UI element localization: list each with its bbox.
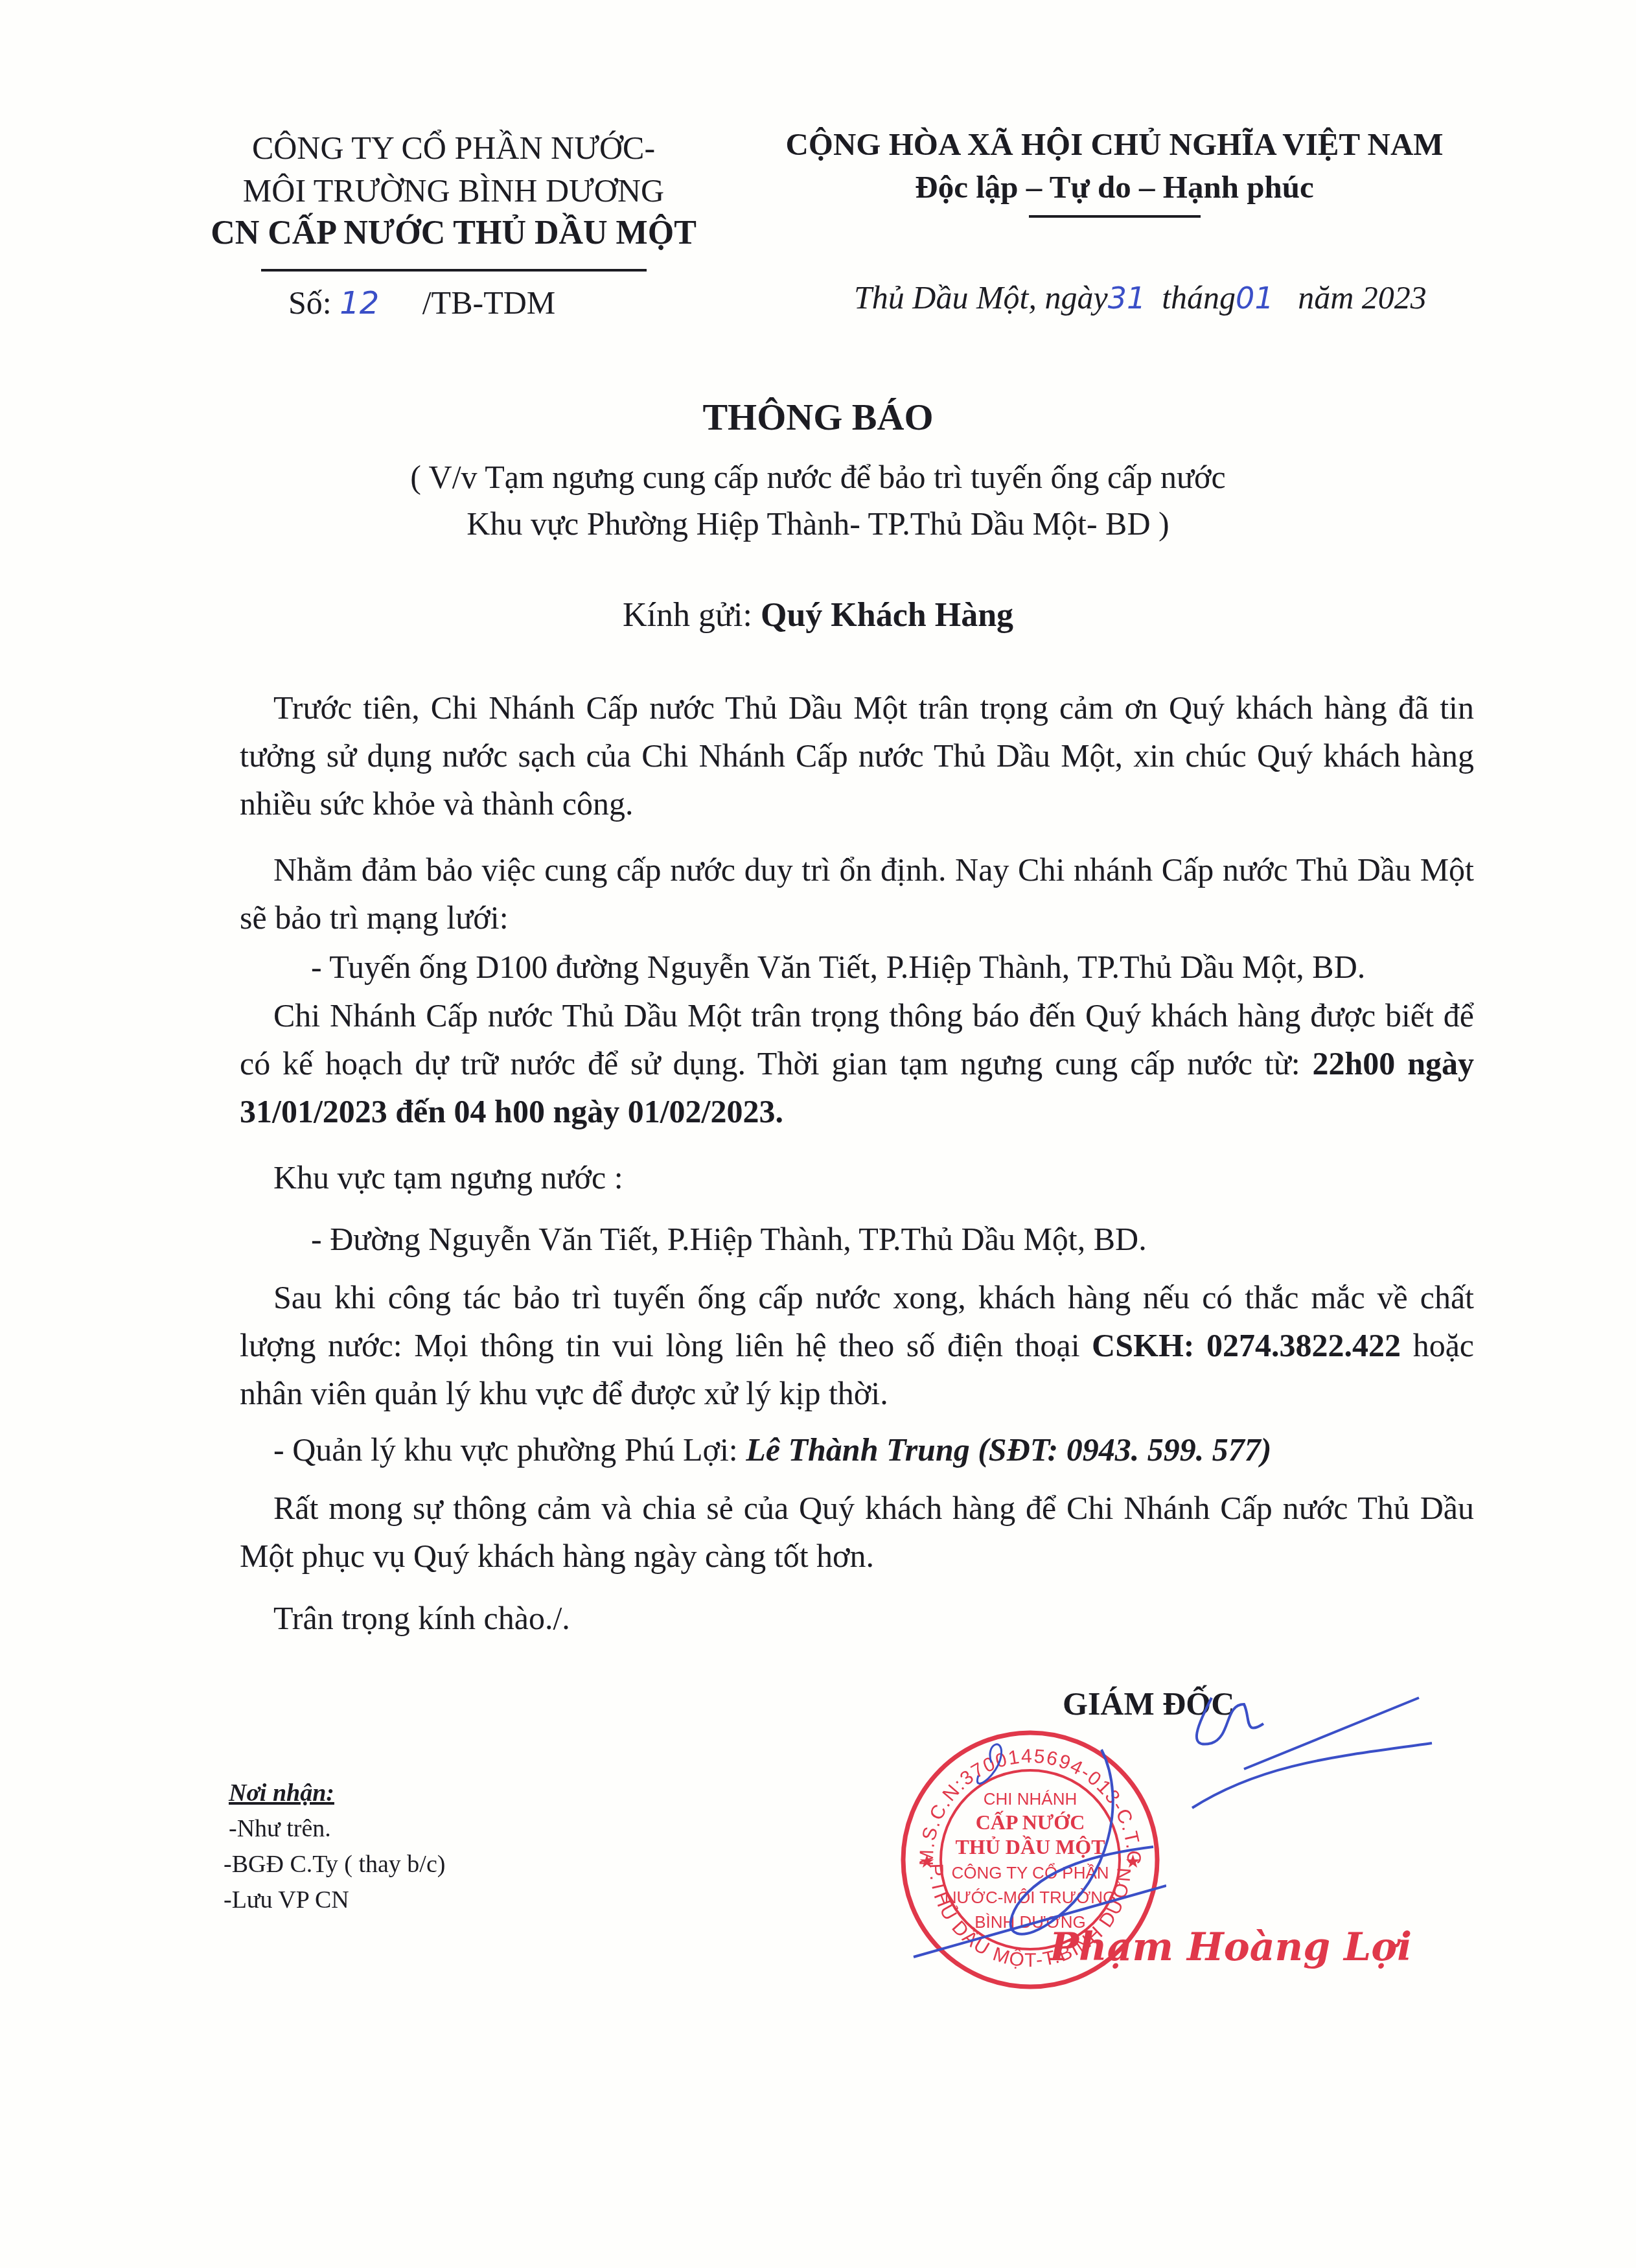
issuer-header: CÔNG TY CỔ PHẦN NƯỚC- MÔI TRƯỜNG BÌNH DƯ… xyxy=(194,126,713,272)
regards: Trân trọng kính chào./. xyxy=(240,1594,1474,1642)
recipients-list: Nơi nhận: -Như trên. -BGĐ C.Ty ( thay b/… xyxy=(224,1776,445,1918)
svg-text:★: ★ xyxy=(1125,1852,1141,1872)
issuer-divider xyxy=(261,269,647,272)
national-title: CỘNG HÒA XÃ HỘI CHỦ NGHĨA VIỆT NAM xyxy=(752,123,1477,166)
document-number: Số: 12 /TB-TDM xyxy=(288,284,555,321)
issuer-company-line1: CÔNG TY CỔ PHẦN NƯỚC- xyxy=(194,126,713,169)
recipient-item: -Lưu VP CN xyxy=(224,1882,445,1918)
svg-text:THỦ DẦU MỘT: THỦ DẦU MỘT xyxy=(955,1835,1105,1858)
affected-area: - Đường Nguyễn Văn Tiết, P.Hiệp Thành, T… xyxy=(240,1215,1545,1263)
document-date: Thủ Dầu Một, ngày31 tháng01 năm 2023 xyxy=(854,279,1427,316)
greeting: Kính gửi: Quý Khách Hàng xyxy=(0,596,1636,634)
svg-text:CÔNG TY CỔ PHẦN: CÔNG TY CỔ PHẦN xyxy=(951,1863,1109,1882)
recipient-item: -BGĐ C.Ty ( thay b/c) xyxy=(224,1847,445,1882)
date-prefix: Thủ Dầu Một, ngày xyxy=(854,279,1108,316)
recipient-item: -Như trên. xyxy=(229,1811,445,1847)
svg-text:★: ★ xyxy=(919,1852,935,1872)
subject-line1: ( V/v Tạm ngưng cung cấp nước để bảo trì… xyxy=(0,454,1636,500)
greeting-recipient: Quý Khách Hàng xyxy=(761,597,1013,634)
date-month-label: tháng xyxy=(1162,279,1236,316)
document-number-handwritten: 12 xyxy=(340,285,414,321)
motto-divider xyxy=(1029,215,1201,218)
date-year: năm 2023 xyxy=(1298,279,1427,316)
document-number-suffix: /TB-TDM xyxy=(422,284,556,321)
area-manager-contact[interactable]: Lê Thành Trung (SĐT: 0943. 599. 577) xyxy=(746,1431,1271,1468)
date-day: 31 xyxy=(1108,281,1146,316)
paragraph-schedule: Chi Nhánh Cấp nước Thủ Dầu Một trân trọn… xyxy=(240,991,1474,1135)
signature-icon xyxy=(1186,1685,1445,1814)
area-manager: - Quản lý khu vực phường Phú Lợi: Lê Thà… xyxy=(240,1426,1474,1474)
greeting-label: Kính gửi: xyxy=(623,597,752,634)
paragraph-thanks: Trước tiên, Chi Nhánh Cấp nước Thủ Dầu M… xyxy=(240,684,1474,827)
area-manager-label: - Quản lý khu vực phường Phú Lợi: xyxy=(273,1431,738,1468)
date-month: 01 xyxy=(1236,281,1274,316)
paragraph-contact: Sau khi công tác bảo trì tuyến ống cấp n… xyxy=(240,1273,1474,1417)
recipients-heading: Nơi nhận: xyxy=(229,1776,445,1811)
document-subject: ( V/v Tạm ngưng cung cấp nước để bảo trì… xyxy=(0,454,1636,547)
signer-name-text: Phạm Hoàng Lợi xyxy=(1050,1925,1412,1970)
svg-text:CẤP NƯỚC: CẤP NƯỚC xyxy=(976,1811,1085,1834)
signer-name: Phạm Hoàng Lợi xyxy=(1050,1925,1438,2009)
customer-hotline[interactable]: CSKH: 0274.3822.422 xyxy=(1092,1327,1401,1363)
svg-text:CHI NHÁNH: CHI NHÁNH xyxy=(984,1789,1077,1809)
paragraph-maintenance: Nhằm đảm bảo việc cung cấp nước duy trì … xyxy=(240,846,1474,942)
national-header: CỘNG HÒA XÃ HỘI CHỦ NGHĨA VIỆT NAM Độc l… xyxy=(752,123,1477,218)
issuer-company-line2: MÔI TRƯỜNG BÌNH DƯƠNG xyxy=(194,169,713,212)
schedule-text: Chi Nhánh Cấp nước Thủ Dầu Một trân trọn… xyxy=(240,997,1474,1082)
document-number-label: Số: xyxy=(288,284,332,321)
issuer-branch: CN CẤP NƯỚC THỦ DẦU MỘT xyxy=(194,212,713,255)
paragraph-closing: Rất mong sự thông cảm và chia sẻ của Quý… xyxy=(240,1484,1474,1580)
national-motto: Độc lập – Tự do – Hạnh phúc xyxy=(752,166,1477,209)
affected-area-label: Khu vực tạm ngưng nước : xyxy=(240,1153,1474,1201)
document-title: THÔNG BÁO xyxy=(0,395,1636,439)
maintenance-pipeline: - Tuyến ống D100 đường Nguyễn Văn Tiết, … xyxy=(240,943,1545,991)
subject-line2: Khu vực Phường Hiệp Thành- TP.Thủ Dầu Mộ… xyxy=(0,500,1636,547)
